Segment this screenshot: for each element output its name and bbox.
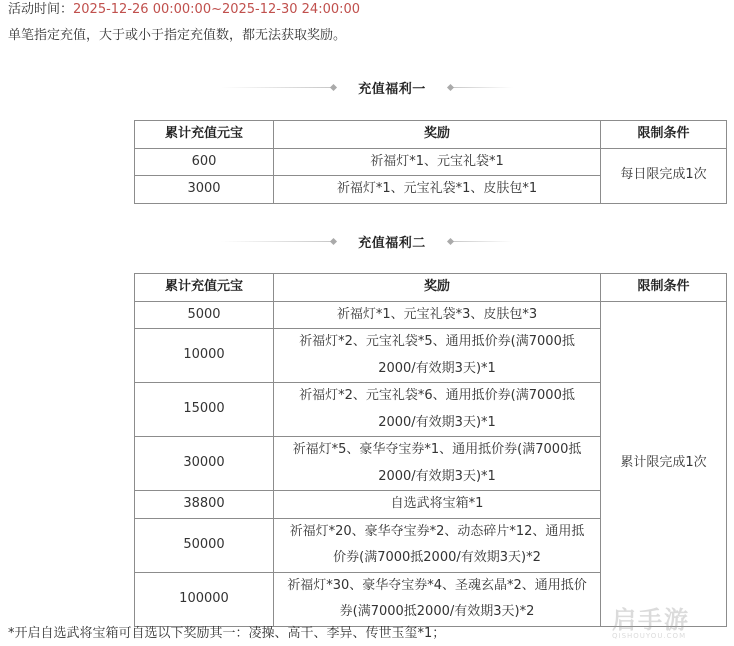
- decorative-line-right: [448, 239, 513, 244]
- reward-cell: 祈福灯*1、元宝礼袋*3、皮肤包*3: [274, 301, 601, 329]
- table-header-row: 累计充值元宝 奖励 限制条件: [135, 121, 727, 149]
- watermark-text: 启手游: [612, 600, 730, 635]
- header-reward: 奖励: [274, 121, 601, 149]
- reward-table-1: 累计充值元宝 奖励 限制条件 600 祈福灯*1、元宝礼袋*1 每日限完成1次 …: [134, 120, 727, 204]
- reward-table-2: 累计充值元宝 奖励 限制条件 5000 祈福灯*1、元宝礼袋*3、皮肤包*3 累…: [134, 273, 727, 627]
- reward-line: 祈福灯*30、豪华夺宝券*4、圣魂玄晶*2、通用抵价: [287, 578, 587, 593]
- reward-cell: 祈福灯*20、豪华夺宝券*2、动态碎片*12、通用抵价券(满7000抵2000/…: [274, 518, 601, 572]
- table-row: 600 祈福灯*1、元宝礼袋*1 每日限完成1次: [135, 148, 727, 176]
- diamond-icon: [447, 83, 454, 90]
- limit-cell: 累计限完成1次: [601, 301, 727, 626]
- table-header-row: 累计充值元宝 奖励 限制条件: [135, 274, 727, 302]
- header-limit: 限制条件: [601, 121, 727, 149]
- diamond-icon: [330, 83, 337, 90]
- decorative-line-left: [221, 85, 336, 90]
- decorative-line-right: [448, 85, 513, 90]
- activity-time-value: 2025-12-26 00:00:00~2025-12-30 24:00:00: [73, 2, 360, 17]
- amount-cell: 15000: [135, 383, 274, 437]
- diamond-icon: [330, 237, 337, 244]
- watermark-logo: 启手游 QISHOUYOU.COM: [612, 600, 730, 642]
- amount-cell: 100000: [135, 572, 274, 626]
- amount-cell: 600: [135, 148, 274, 176]
- section-header-2: 充值福利二: [0, 231, 734, 251]
- reward-cell: 自选武将宝箱*1: [274, 491, 601, 519]
- amount-cell: 5000: [135, 301, 274, 329]
- reward-cell: 祈福灯*30、豪华夺宝券*4、圣魂玄晶*2、通用抵价券(满7000抵2000/有…: [274, 572, 601, 626]
- section-title-2: 充值福利二: [358, 232, 426, 251]
- reward-line: 2000/有效期3天)*1: [378, 469, 496, 484]
- amount-cell: 38800: [135, 491, 274, 519]
- header-amount: 累计充值元宝: [135, 274, 274, 302]
- amount-cell: 50000: [135, 518, 274, 572]
- footnote: *开启自选武将宝箱可自选以下奖励其一：凌操、高干、李异、传世玉玺*1；: [8, 624, 445, 644]
- recharge-note: 单笔指定充值，大于或小于指定充值数，都无法获取奖励。: [8, 26, 346, 46]
- reward-cell: 祈福灯*5、豪华夺宝券*1、通用抵价券(满7000抵2000/有效期3天)*1: [274, 437, 601, 491]
- diamond-icon: [447, 237, 454, 244]
- activity-time-label: 活动时间：: [8, 2, 73, 17]
- section-title-1: 充值福利一: [358, 78, 426, 97]
- reward-line: 2000/有效期3天)*1: [378, 415, 496, 430]
- reward-cell: 祈福灯*1、元宝礼袋*1、皮肤包*1: [274, 176, 601, 204]
- reward-cell: 祈福灯*1、元宝礼袋*1: [274, 148, 601, 176]
- header-reward: 奖励: [274, 274, 601, 302]
- section-header-1: 充值福利一: [0, 77, 734, 97]
- limit-cell: 每日限完成1次: [601, 148, 727, 203]
- amount-cell: 30000: [135, 437, 274, 491]
- amount-cell: 10000: [135, 329, 274, 383]
- reward-line: 祈福灯*5、豪华夺宝券*1、通用抵价券(满7000抵: [293, 442, 582, 457]
- reward-line: 祈福灯*2、元宝礼袋*5、通用抵价券(满7000抵: [299, 334, 575, 349]
- reward-line: 祈福灯*20、豪华夺宝券*2、动态碎片*12、通用抵: [290, 524, 585, 539]
- reward-cell: 祈福灯*2、元宝礼袋*6、通用抵价券(满7000抵2000/有效期3天)*1: [274, 383, 601, 437]
- reward-line: 祈福灯*2、元宝礼袋*6、通用抵价券(满7000抵: [299, 388, 575, 403]
- table-row: 5000 祈福灯*1、元宝礼袋*3、皮肤包*3 累计限完成1次: [135, 301, 727, 329]
- reward-line: 价券(满7000抵2000/有效期3天)*2: [333, 550, 541, 565]
- reward-cell: 祈福灯*2、元宝礼袋*5、通用抵价券(满7000抵2000/有效期3天)*1: [274, 329, 601, 383]
- header-limit: 限制条件: [601, 274, 727, 302]
- reward-line: 券(满7000抵2000/有效期3天)*2: [340, 604, 535, 619]
- decorative-line-left: [221, 239, 336, 244]
- reward-line: 2000/有效期3天)*1: [378, 361, 496, 376]
- activity-time: 活动时间：2025-12-26 00:00:00~2025-12-30 24:0…: [8, 0, 360, 20]
- amount-cell: 3000: [135, 176, 274, 204]
- watermark-subtext: QISHOUYOU.COM: [612, 632, 730, 640]
- header-amount: 累计充值元宝: [135, 121, 274, 149]
